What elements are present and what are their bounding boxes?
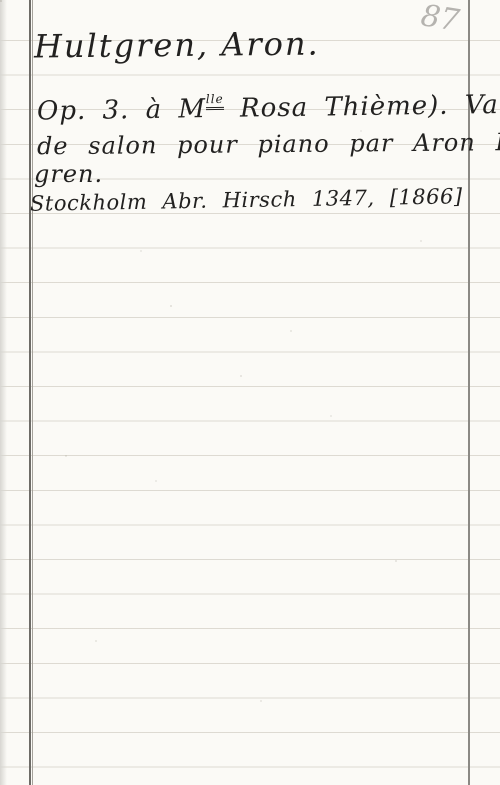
title-line-1: Op. 3. à Mlle Rosa Thième). Valse <box>37 87 500 126</box>
superscript-lle: lle <box>206 92 224 110</box>
page-edge-shadow <box>0 0 7 785</box>
paper-specks <box>0 0 2 2</box>
title-line-3: gren. <box>34 160 103 188</box>
left-margin-rule <box>29 0 31 785</box>
title-line-2-main: de salon pour piano par Aron Hult <box>37 128 500 161</box>
title-line-1-start: Op. 3. à M <box>37 94 206 126</box>
catalog-card-page: 87 Hultgren, Aron. Op. 3. à Mlle Rosa Th… <box>0 0 500 785</box>
title-line-1-end: Rosa Thième). Valse <box>224 89 500 123</box>
pencil-annotation: 87 <box>418 0 461 39</box>
title-line-2: de salon pour piano par Aron Hult2 <box>37 128 500 164</box>
entry-heading: Hultgren, Aron. <box>34 25 320 66</box>
imprint-line: Stockholm Abr. Hirsch 1347, [1866] <box>30 184 463 216</box>
